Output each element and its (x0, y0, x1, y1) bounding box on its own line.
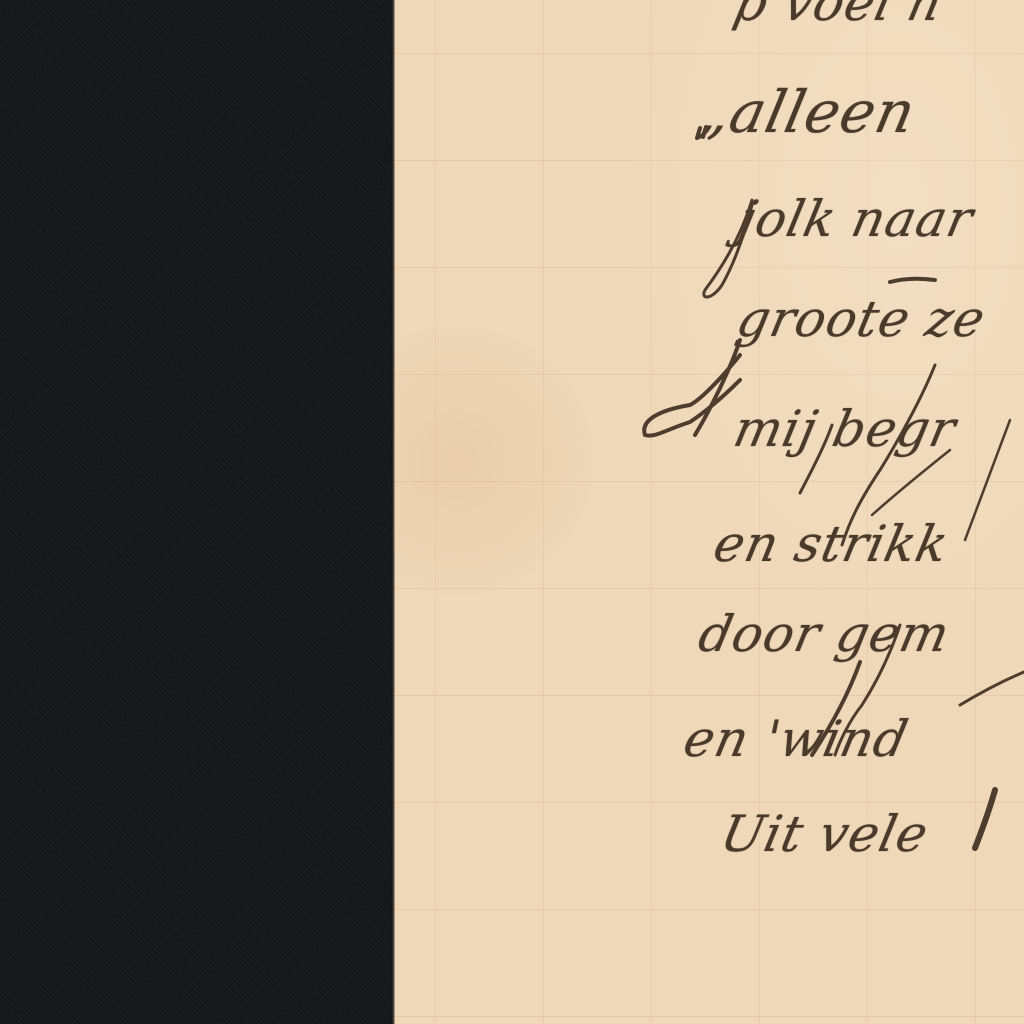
handwritten-line-6: en strikk (709, 515, 954, 573)
handwritten-line-5: mij begr (729, 400, 962, 458)
handwritten-line-7: door gem (694, 605, 955, 663)
handwritten-line-8: en 'wind (679, 710, 914, 768)
handwritten-line-1: p voel h (729, 0, 949, 32)
handwritten-line-2: „alleen (693, 78, 922, 146)
letter-paper (395, 0, 1024, 1024)
black-fabric-background (0, 0, 393, 1024)
handwritten-line-4: groote ze (732, 290, 991, 348)
handwritten-line-3: jolk naar (734, 190, 979, 248)
handwritten-line-9: Uit vele (716, 805, 934, 863)
